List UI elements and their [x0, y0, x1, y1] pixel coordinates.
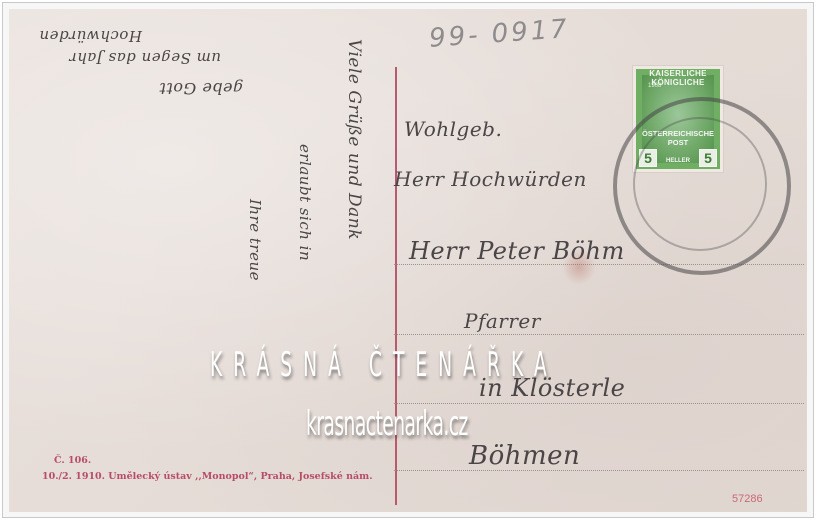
- catalog-number: Č. 106.: [54, 455, 91, 466]
- address-rule: [394, 334, 804, 335]
- watermark-title: KRÁSNÁ ČTENÁŘKA: [210, 345, 558, 385]
- postmark-inner-circle: [633, 117, 767, 251]
- address-rule: [394, 470, 804, 471]
- publisher-line: 10./2. 1910. Umělecký ústav ,,Monopol“, …: [42, 471, 373, 482]
- message-line-upside-down: um Segen das Jahr: [69, 49, 221, 67]
- stamp-year: 1908: [648, 83, 661, 89]
- message-line-vertical: erlaubt sich in: [296, 144, 314, 261]
- address-line-2: Herr Hochwürden: [394, 167, 587, 191]
- address-line-1: Wohlgeb.: [404, 117, 502, 141]
- message-line-vertical: Ihre treue: [246, 199, 264, 281]
- message-line-vertical: Viele Grüße und Dank: [344, 39, 364, 240]
- rust-stain: [562, 249, 596, 285]
- message-line-upside-down: gebe Gott: [159, 79, 243, 98]
- message-line-upside-down: Hochwürden: [39, 27, 142, 45]
- watermark-url: krasnactenarka.cz: [306, 404, 468, 444]
- address-line-6: Böhmen: [469, 441, 580, 471]
- serial-number: 57286: [732, 493, 763, 505]
- pencil-note: 99- 0917: [428, 14, 571, 54]
- address-line-4: Pfarrer: [464, 309, 541, 333]
